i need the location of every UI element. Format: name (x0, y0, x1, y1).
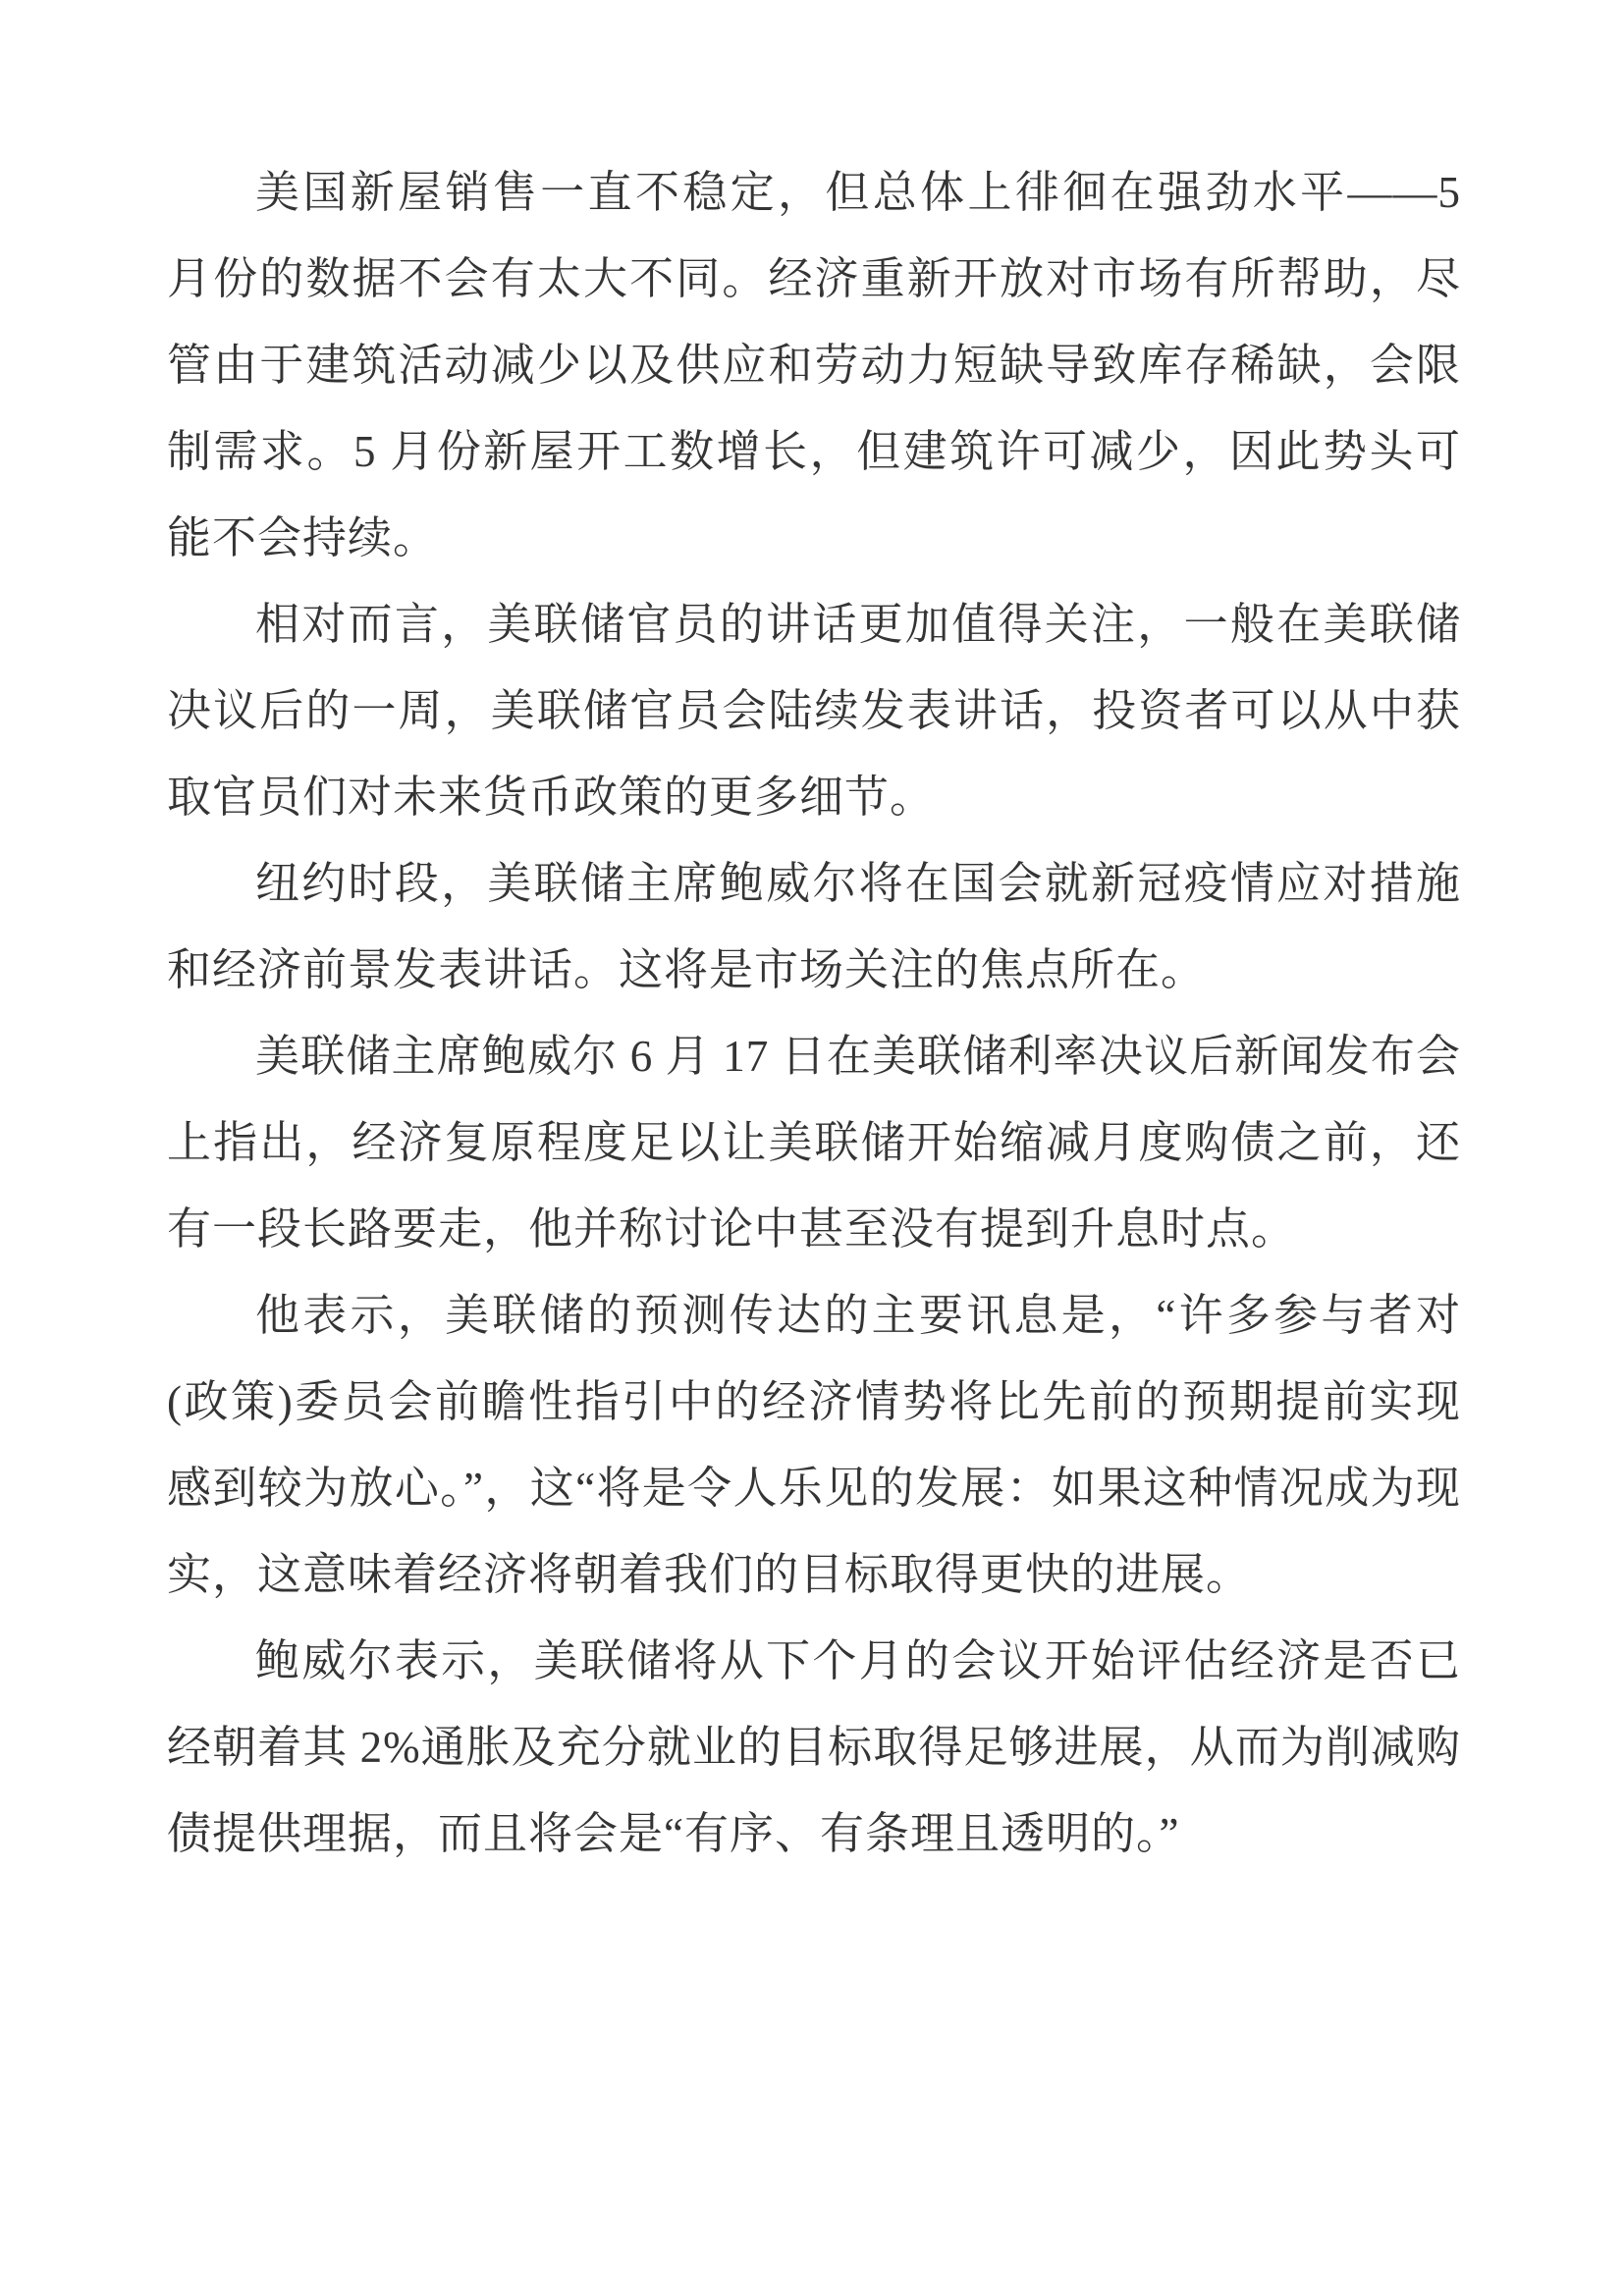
paragraph-powell-forecast-message: 他表示，美联储的预测传达的主要讯息是，“许多参与者对(政策)委员会前瞻性指引中的… (167, 1272, 1461, 1618)
paragraph-fed-officials-speeches: 相对而言，美联储官员的讲话更加值得关注，一般在美联储决议后的一周，美联储官员会陆… (167, 581, 1461, 840)
paragraph-powell-press-conference: 美联储主席鲍威尔 6 月 17 日在美联储利率决议后新闻发布会上指出，经济复原程… (167, 1013, 1461, 1272)
article-body: 美国新屋销售一直不稳定，但总体上徘徊在强劲水平——5 月份的数据不会有太大不同。… (167, 149, 1461, 1877)
paragraph-taper-assessment: 鲍威尔表示，美联储将从下个月的会议开始评估经济是否已经朝着其 2%通胀及充分就业… (167, 1618, 1461, 1877)
paragraph-new-home-sales: 美国新屋销售一直不稳定，但总体上徘徊在强劲水平——5 月份的数据不会有太大不同。… (167, 149, 1461, 581)
paragraph-powell-congress-testimony: 纽约时段，美联储主席鲍威尔将在国会就新冠疫情应对措施和经济前景发表讲话。这将是市… (167, 840, 1461, 1013)
document-page: 美国新屋销售一直不稳定，但总体上徘徊在强劲水平——5 月份的数据不会有太大不同。… (0, 0, 1624, 2296)
